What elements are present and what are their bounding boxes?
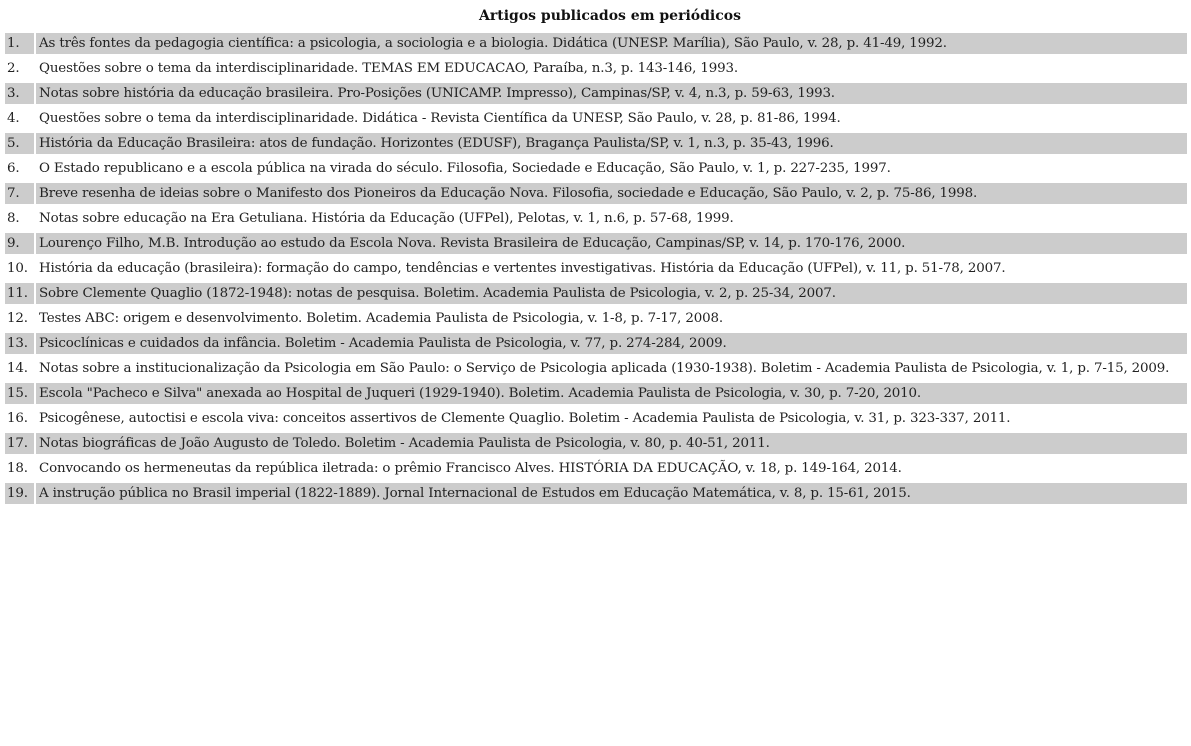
article-row: 9.Lourenço Filho, M.B. Introdução ao est… xyxy=(5,233,1187,254)
article-row: 16.Psicogênese, autoctisi e escola viva:… xyxy=(5,408,1187,429)
article-citation: Psicoclínicas e cuidados da infância. Bo… xyxy=(36,333,1187,354)
article-row: 6.O Estado republicano e a escola públic… xyxy=(5,158,1187,179)
article-citation: Notas biográficas de João Augusto de Tol… xyxy=(36,433,1187,454)
article-number: 4. xyxy=(5,108,34,129)
article-row: 14.Notas sobre a institucionalização da … xyxy=(5,358,1187,379)
article-row: 1.As três fontes da pedagogia científica… xyxy=(5,33,1187,54)
article-row: 11.Sobre Clemente Quaglio (1872-1948): n… xyxy=(5,283,1187,304)
article-row: 19.A instrução pública no Brasil imperia… xyxy=(5,483,1187,504)
article-number: 16. xyxy=(5,408,34,429)
article-number: 3. xyxy=(5,83,34,104)
section-heading: Artigos publicados em periódicos xyxy=(0,8,1191,24)
article-number: 8. xyxy=(5,208,34,229)
article-row: 8.Notas sobre educação na Era Getuliana.… xyxy=(5,208,1187,229)
article-citation: Breve resenha de ideias sobre o Manifest… xyxy=(36,183,1187,204)
article-citation: Sobre Clemente Quaglio (1872-1948): nota… xyxy=(36,283,1187,304)
article-number: 17. xyxy=(5,433,34,454)
article-citation: Notas sobre a institucionalização da Psi… xyxy=(36,358,1187,379)
article-number: 19. xyxy=(5,483,34,504)
article-row: 13.Psicoclínicas e cuidados da infância.… xyxy=(5,333,1187,354)
article-number: 5. xyxy=(5,133,34,154)
article-number: 2. xyxy=(5,58,34,79)
article-row: 7.Breve resenha de ideias sobre o Manife… xyxy=(5,183,1187,204)
article-citation: Questões sobre o tema da interdisciplina… xyxy=(36,108,1187,129)
article-citation: Convocando os hermeneutas da república i… xyxy=(36,458,1187,479)
article-citation: História da educação (brasileira): forma… xyxy=(36,258,1187,279)
article-citation: Testes ABC: origem e desenvolvimento. Bo… xyxy=(36,308,1187,329)
article-row: 3.Notas sobre história da educação brasi… xyxy=(5,83,1187,104)
article-citation: O Estado republicano e a escola pública … xyxy=(36,158,1187,179)
article-citation: Questões sobre o tema da interdisciplina… xyxy=(36,58,1187,79)
article-number: 14. xyxy=(5,358,34,379)
article-citation: Lourenço Filho, M.B. Introdução ao estud… xyxy=(36,233,1187,254)
article-row: 4.Questões sobre o tema da interdiscipli… xyxy=(5,108,1187,129)
article-citation: Notas sobre educação na Era Getuliana. H… xyxy=(36,208,1187,229)
article-citation: A instrução pública no Brasil imperial (… xyxy=(36,483,1187,504)
article-number: 11. xyxy=(5,283,34,304)
article-row: 17.Notas biográficas de João Augusto de … xyxy=(5,433,1187,454)
articles-table: 1.As três fontes da pedagogia científica… xyxy=(3,29,1189,508)
article-row: 12.Testes ABC: origem e desenvolvimento.… xyxy=(5,308,1187,329)
article-row: 15.Escola "Pacheco e Silva" anexada ao H… xyxy=(5,383,1187,404)
article-row: 5.História da Educação Brasileira: atos … xyxy=(5,133,1187,154)
article-citation: Notas sobre história da educação brasile… xyxy=(36,83,1187,104)
article-number: 6. xyxy=(5,158,34,179)
article-number: 7. xyxy=(5,183,34,204)
article-citation: Escola "Pacheco e Silva" anexada ao Hosp… xyxy=(36,383,1187,404)
article-number: 1. xyxy=(5,33,34,54)
article-citation: As três fontes da pedagogia científica: … xyxy=(36,33,1187,54)
article-number: 10. xyxy=(5,258,34,279)
article-number: 12. xyxy=(5,308,34,329)
article-number: 15. xyxy=(5,383,34,404)
article-citation: História da Educação Brasileira: atos de… xyxy=(36,133,1187,154)
article-row: 18.Convocando os hermeneutas da repúblic… xyxy=(5,458,1187,479)
article-number: 9. xyxy=(5,233,34,254)
article-number: 18. xyxy=(5,458,34,479)
article-citation: Psicogênese, autoctisi e escola viva: co… xyxy=(36,408,1187,429)
article-row: 2.Questões sobre o tema da interdiscipli… xyxy=(5,58,1187,79)
article-row: 10.História da educação (brasileira): fo… xyxy=(5,258,1187,279)
article-number: 13. xyxy=(5,333,34,354)
